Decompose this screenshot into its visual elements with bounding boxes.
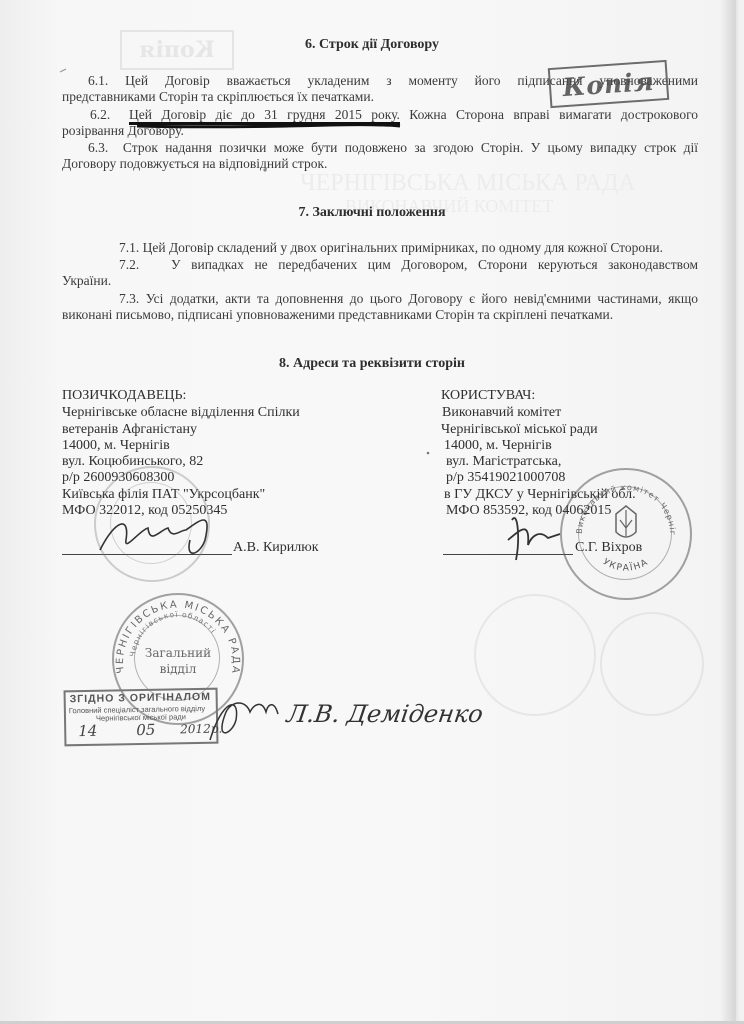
lender-line: 14000, м. Чернігів (62, 438, 300, 454)
clause-text: 7.1. Цей Договір складений у двох оригін… (119, 240, 663, 255)
lender-seal (94, 466, 210, 582)
clause-text: 7.3. Усі додатки, акти та доповнення до … (119, 291, 698, 306)
borrower-seal-bottom-text: УКРАЇНА (601, 557, 651, 574)
section-7-title: 7. Заключні положення (0, 205, 744, 221)
lender-line: ветеранів Афганістану (62, 422, 300, 438)
scan-mark (60, 69, 66, 72)
certification-stamp: ЗГІДНО З ОРИГІНАЛОМ Головний спеціаліст … (64, 688, 219, 747)
page-edge-shadow (733, 0, 736, 1024)
borrower-role: КОРИСТУВАЧ: (441, 388, 636, 404)
showthrough-text: ЧЕРНІГІВСЬКА МІСЬКА РАДА (300, 170, 636, 197)
clause-6-2: 6.2. Цей Договір діє до 31 грудня 2015 р… (62, 107, 698, 123)
lender-line: Чернігівське обласне відділення Спілки (62, 405, 300, 421)
clause-6-2-cont: розірвання Договору. (62, 123, 698, 139)
borrower-line: 14000, м. Чернігів (441, 438, 636, 454)
clause-number: 6.3. (88, 140, 108, 155)
certification-year: 2012р. (180, 722, 222, 737)
clause-text: У випадках не передбачених цим Договором… (171, 257, 698, 272)
section-8-title: 8. Адреси та реквізити сторін (0, 356, 744, 372)
borrower-line: Виконавчий комітет (441, 405, 636, 421)
clause-number: 7.2. (119, 257, 139, 272)
certification-title: ЗГІДНО З ОРИГІНАЛОМ (70, 691, 211, 705)
clause-text: Строк надання позички може бути подовжен… (123, 140, 698, 155)
borrower-seal: Виконавчий комітет Чернігівської міської… (560, 468, 692, 600)
showthrough-seal (600, 612, 704, 716)
lender-signatory: А.В. Кирилюк (233, 540, 319, 556)
borrower-seal-ring-text: Виконавчий комітет Чернігівської міської… (562, 470, 677, 536)
borrower-line: Чернігівської міської ради (441, 422, 636, 438)
svg-text:УКРАЇНА: УКРАЇНА (601, 557, 651, 574)
clause-number: 6.2. (90, 107, 110, 122)
clause-7-3-cont: виконані письмово, підписані уповноважен… (62, 307, 698, 323)
showthrough-seal (474, 594, 596, 716)
copy-stamp: Копія (548, 60, 670, 108)
certifier-handwritten-name: Л.В. Деміденко (285, 700, 485, 728)
lender-line: вул. Коцюбинського, 82 (62, 454, 300, 470)
certification-month: 05 (136, 721, 155, 739)
clause-6-3: 6.3. Строк надання позички може бути под… (62, 140, 698, 156)
borrower-signature-line (443, 554, 573, 555)
city-seal-center-1: Загальний (145, 646, 211, 660)
scanned-page: Копія ЧЕРНІГІВСЬКА МІСЬКА РАДА ВИКОНАВЧИ… (0, 0, 744, 1024)
lender-role: ПОЗИЧКОДАВЕЦЬ: (62, 388, 300, 404)
scan-speck (427, 452, 430, 455)
clause-6-3-cont: Договору подовжується на відповідний стр… (62, 156, 698, 172)
clause-7-1: 7.1. Цей Договір складений у двох оригін… (62, 240, 698, 256)
certification-date: 14 05 2012р. (68, 720, 214, 723)
borrower-line: вул. Магістратська, (441, 454, 636, 470)
clause-text: Кожна Сторона вправі вимагати достроково… (409, 107, 698, 122)
clause-number: 6.1. (88, 73, 108, 88)
city-seal-center-2: відділ (160, 662, 197, 676)
section-6-title: 6. Строк дії Договору (0, 37, 744, 53)
certification-day: 14 (78, 722, 97, 740)
clause-7-2: 7.2. У випадках не передбачених цим Дого… (62, 257, 698, 273)
clause-7-3: 7.3. Усі додатки, акти та доповнення до … (62, 291, 698, 307)
svg-text:Виконавчий комітет Чернігівськ: Виконавчий комітет Чернігівської міської… (562, 470, 677, 536)
clause-7-2-cont: України. (62, 273, 698, 289)
